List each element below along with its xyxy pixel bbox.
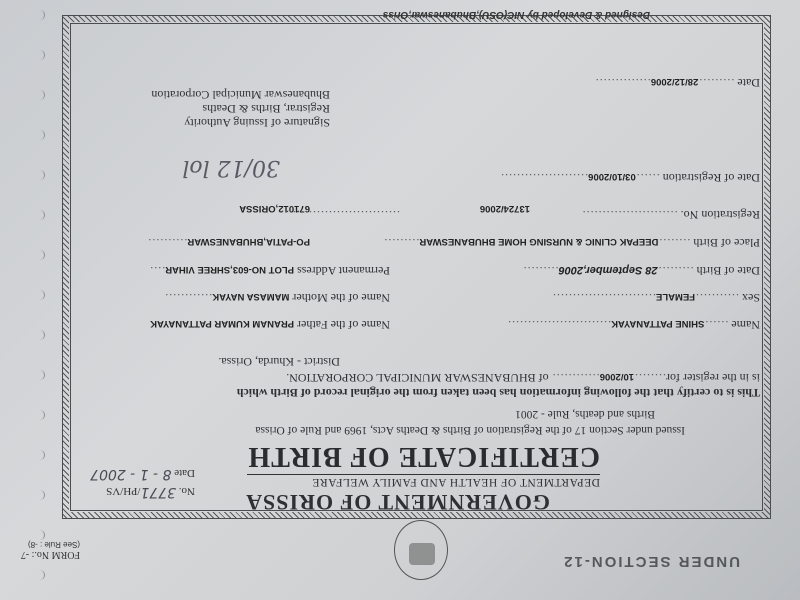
sex-row: Sex ...........FEMALE...................… [552,290,760,305]
government-heading: GOVERNMENT OF ORISSA [245,489,550,515]
registration-number-row: Registration No. .......................… [582,207,760,222]
certification-text: This is to certify that the following in… [80,354,760,400]
registration-date-row: Date of Registration ......03/10/2006...… [500,170,760,185]
footer-credit: Designed & Developed by NIC(OSU),Bhubane… [383,9,650,20]
form-number: FORM No.: -7 (See Rule : -8) [0,540,80,560]
department-heading: DEPARTMENT OF HEALTH AND FAMILY WELFARE [312,476,600,488]
state-emblem-icon [394,520,448,580]
pob-row: Place of Birth ........DEEPAK CLINIC & N… [383,235,760,250]
handwritten-signature: 30/12 lol [182,155,280,180]
signature-block: Signature of Issuing Authority Registrar… [151,88,330,130]
birth-certificate: UNDER SECTION-12 FORM No.: -7 (See Rule … [0,0,800,600]
certificate-number-date: No. 3771/PH/VS Date 8 - 1 - 2007 [90,464,195,500]
issue-date-row: Date .........28/12/2006.............. [595,75,760,90]
section-stamp: UNDER SECTION-12 [562,553,740,570]
name-row: Name ......SHINE PATTANAYAK.............… [507,317,760,332]
perforation-edge [22,0,62,600]
certificate-title: CERTIFICATE OF BIRTH [247,440,600,475]
dob-row: Date of Birth .........28 September,2006… [523,263,760,278]
issued-under-text: Issued under Section 17 of the Registrat… [85,406,685,438]
